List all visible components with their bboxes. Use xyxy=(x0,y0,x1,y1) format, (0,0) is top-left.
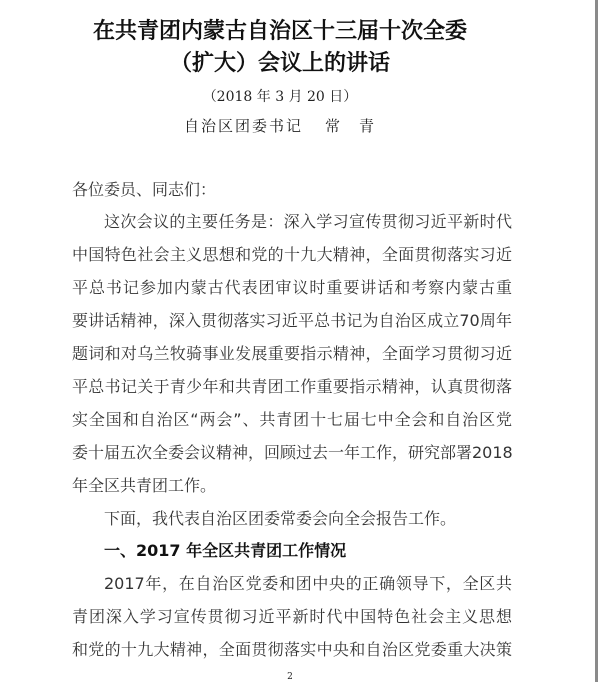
paragraph-1-line: 平总书记参加内蒙古代表团审议时重要讲话和考察内蒙古重 xyxy=(72,275,512,298)
paragraph-2: 下面，我代表自治区团委常委会向全会报告工作。 xyxy=(104,506,512,529)
paragraph-3-line: 和党的十九大精神，全面贯彻落实中央和自治区党委重大决策 xyxy=(72,637,512,660)
document-title-line-1: 在共青团内蒙古自治区十三届十次全委 xyxy=(0,14,560,45)
page-edge-border xyxy=(595,0,598,682)
document-date: （2018 年 3 月 20 日） xyxy=(0,86,560,106)
paragraph-1-line: 平总书记关于青少年和共青团工作重要指示精神，认真贯彻落 xyxy=(72,374,512,397)
section-heading: 一、2017 年全区共青团工作情况 xyxy=(104,538,346,561)
paragraph-1-line: 中国特色社会主义思想和党的十九大精神，全面贯彻落实习近 xyxy=(72,242,512,265)
paragraph-1-line: 委十届五次全委会议精神，回顾过去一年工作，研究部署2018 xyxy=(72,440,512,463)
document-title-line-2: （扩大）会议上的讲话 xyxy=(0,46,560,77)
author-title: 自治区团委书记 xyxy=(184,117,303,135)
paragraph-1-line: 要讲话精神，深入贯彻落实习近平总书记为自治区成立70周年 xyxy=(72,308,512,331)
page-number: 2 xyxy=(0,672,580,682)
paragraph-1-line: 这次会议的主要任务是：深入学习宣传贯彻习近平新时代 xyxy=(104,209,512,232)
author-name: 常 青 xyxy=(325,117,376,135)
paragraph-1-line: 题词和对乌兰牧骑事业发展重要指示精神，全面学习贯彻习近 xyxy=(72,341,512,364)
paragraph-1-line: 年全区共青团工作。 xyxy=(72,473,512,496)
paragraph-3-line: 2017年，在自治区党委和团中央的正确领导下，全区共 xyxy=(104,571,512,594)
salutation: 各位委员、同志们： xyxy=(72,177,512,200)
paragraph-3-line: 青团深入学习宣传贯彻习近平新时代中国特色社会主义思想 xyxy=(72,604,512,627)
paragraph-1-line: 实全国和自治区“两会”、共青团十七届七中全会和自治区党 xyxy=(72,407,512,430)
document-author: 自治区团委书记常 青 xyxy=(0,115,560,136)
